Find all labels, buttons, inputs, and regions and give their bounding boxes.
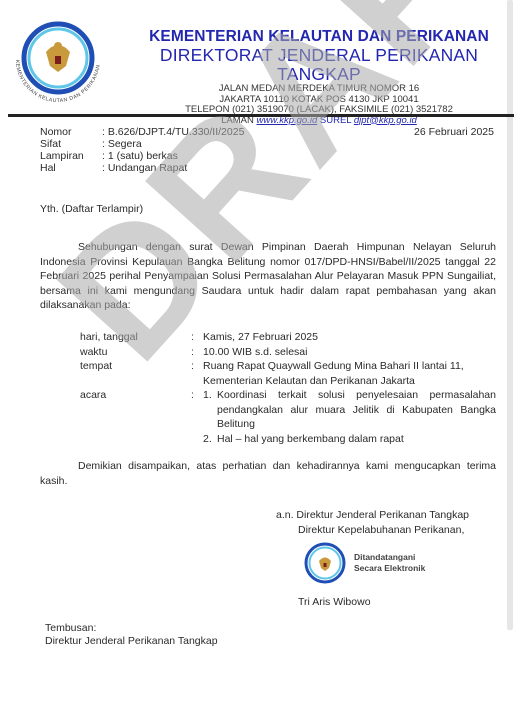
schedule-value: Kamis, 27 Februari 2025 — [203, 330, 496, 345]
electronic-signature: Ditandatangani Secara Elektronik — [302, 538, 482, 588]
letterhead-divider — [8, 114, 514, 117]
meta-row: Nomor : B.626/DJPT.4/TU.330/II/2025 — [40, 126, 244, 138]
closing-text: Demikian disampaikan, atas perhatian dan… — [40, 459, 496, 488]
meta-row: Sifat : Segera — [40, 138, 244, 150]
meta-key: Sifat — [40, 138, 102, 150]
web-line: LAMAN www.kkp.go.id SUREL djpt@kkp.go.id — [124, 116, 514, 127]
directorate-name: DIREKTORAT JENDERAL PERIKANAN TANGKAP — [124, 46, 514, 84]
schedule-row-agenda: acara : 1. Koordinasi terkait solusi pen… — [80, 388, 496, 446]
meta-row: Lampiran : 1 (satu) berkas — [40, 150, 244, 162]
schedule-colon: : — [191, 330, 203, 345]
agenda-text: Hal – hal yang berkembang dalam rapat — [217, 432, 496, 447]
cc-label: Tembusan: — [45, 622, 218, 635]
meeting-schedule: hari, tanggal : Kamis, 27 Februari 2025 … — [80, 330, 496, 446]
letter-meta: Nomor : B.626/DJPT.4/TU.330/II/2025 Sifa… — [40, 126, 244, 174]
agenda-number: 1. — [203, 388, 217, 432]
meta-value: : 1 (satu) berkas — [102, 150, 178, 162]
letter-page: KEMENTERIAN KELAUTAN DAN PERIKANAN KEMEN… — [0, 0, 516, 716]
esign-text: Ditandatangani Secara Elektronik — [354, 552, 425, 574]
schedule-label: tempat — [80, 359, 191, 388]
agenda-text: Koordinasi terkait solusi penyelesaian p… — [217, 388, 496, 432]
body-text: Sehubungan dengan surat Dewan Pimpinan D… — [40, 240, 496, 313]
esign-line-2: Secara Elektronik — [354, 563, 425, 574]
schedule-row-date: hari, tanggal : Kamis, 27 Februari 2025 — [80, 330, 496, 345]
signature-block: a.n. Direktur Jenderal Perikanan Tangkap… — [276, 508, 469, 537]
schedule-row-place: tempat : Ruang Rapat Quaywall Gedung Min… — [80, 359, 496, 388]
schedule-colon: : — [191, 359, 203, 388]
schedule-label: waktu — [80, 345, 191, 360]
carbon-copy: Tembusan: Direktur Jenderal Perikanan Ta… — [45, 622, 218, 648]
address-line-1: JALAN MEDAN MERDEKA TIMUR NOMOR 16 — [124, 84, 514, 95]
on-behalf-line: a.n. Direktur Jenderal Perikanan Tangkap — [276, 508, 469, 523]
meta-row: Hal : Undangan Rapat — [40, 162, 244, 174]
schedule-row-time: waktu : 10.00 WIB s.d. selesai — [80, 345, 496, 360]
agenda-number: 2. — [203, 432, 217, 447]
ministry-logo-icon: KEMENTERIAN KELAUTAN DAN PERIKANAN — [6, 16, 110, 112]
agenda-list: 1. Koordinasi terkait solusi penyelesaia… — [203, 388, 496, 446]
schedule-value: 10.00 WIB s.d. selesai — [203, 345, 496, 360]
esign-line-1: Ditandatangani — [354, 552, 425, 563]
closing-paragraph: Demikian disampaikan, atas perhatian dan… — [40, 459, 496, 488]
meta-key: Nomor — [40, 126, 102, 138]
meta-value: : B.626/DJPT.4/TU.330/II/2025 — [102, 126, 244, 138]
schedule-label: hari, tanggal — [80, 330, 191, 345]
schedule-colon: : — [191, 388, 203, 446]
schedule-label: acara — [80, 388, 191, 446]
agenda-item: 2. Hal – hal yang berkembang dalam rapat — [203, 432, 496, 447]
meta-value: : Segera — [102, 138, 142, 150]
recipient: Yth. (Daftar Terlampir) — [40, 203, 143, 215]
meta-value: : Undangan Rapat — [102, 162, 187, 174]
schedule-value: Ruang Rapat Quaywall Gedung Mina Bahari … — [203, 359, 496, 388]
meta-key: Hal — [40, 162, 102, 174]
meta-key: Lampiran — [40, 150, 102, 162]
agenda-item: 1. Koordinasi terkait solusi penyelesaia… — [203, 388, 496, 432]
letterhead: KEMENTERIAN KELAUTAN DAN PERIKANAN DIREK… — [124, 28, 514, 126]
esign-logo-icon — [302, 540, 348, 586]
letter-date: 26 Februari 2025 — [414, 126, 494, 138]
schedule-colon: : — [191, 345, 203, 360]
body-paragraph: Sehubungan dengan surat Dewan Pimpinan D… — [40, 240, 496, 313]
cc-item: Direktur Jenderal Perikanan Tangkap — [45, 635, 218, 648]
ministry-name: KEMENTERIAN KELAUTAN DAN PERIKANAN — [124, 28, 514, 46]
signer-name: Tri Aris Wibowo — [298, 596, 371, 608]
signer-position: Direktur Kepelabuhanan Perikanan, — [276, 523, 469, 538]
